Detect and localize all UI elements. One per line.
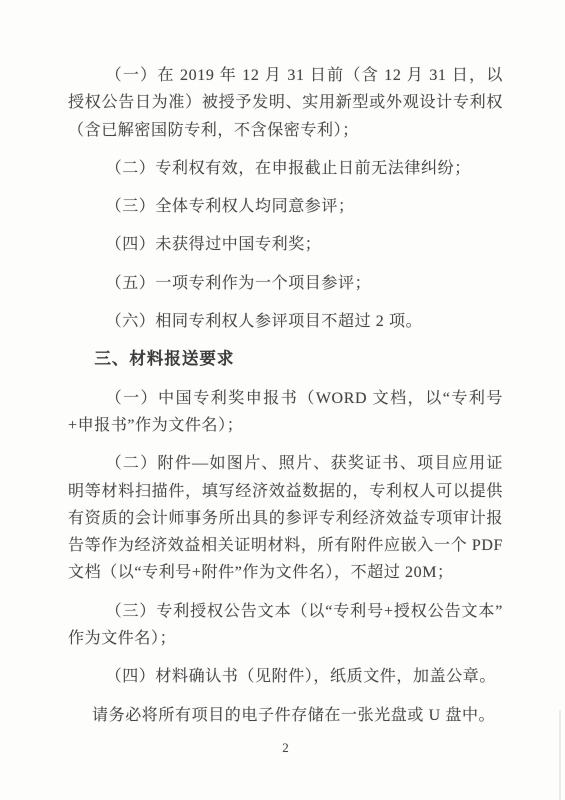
clause-eligibility-6: （六）相同专利权人参评项目不超过 2 项。 [68,308,503,335]
clause-eligibility-4: （四）未获得过中国专利奖； [68,231,503,258]
clause-eligibility-1: （一）在 2019 年 12 月 31 日前（含 12 月 31 日，以授权公告… [68,62,503,144]
clause-materials-3: （三）专利授权公告文本（以“专利号+授权公告文本”作为文件名）； [68,598,503,653]
clause-materials-1: （一）中国专利奖申报书（WORD 文档，以“专利号+申报书”作为文件名）； [68,385,503,440]
clause-eligibility-2: （二）专利权有效，在申报截止日前无法律纠纷； [68,155,503,182]
scan-edge-artifact [559,710,561,800]
page-number: 2 [68,740,503,755]
closing-note: 请务必将所有项目的电子件存储在一张光盘或 U 盘中。 [68,702,503,729]
clause-materials-4: （四）材料确认书（见附件），纸质文件，加盖公章。 [68,663,503,690]
scanned-document-page: （一）在 2019 年 12 月 31 日前（含 12 月 31 日，以授权公告… [0,0,565,800]
clause-materials-2: （二）附件—如图片、照片、获奖证书、项目应用证明等材料扫描件，填写经济效益数据的… [68,450,503,586]
section-heading-materials: 三、材料报送要求 [68,346,503,373]
clause-eligibility-5: （五）一项专利作为一个项目参评； [68,270,503,297]
document-body: （一）在 2019 年 12 月 31 日前（含 12 月 31 日，以授权公告… [0,0,565,755]
clause-eligibility-3: （三）全体专利权人均同意参评； [68,193,503,220]
